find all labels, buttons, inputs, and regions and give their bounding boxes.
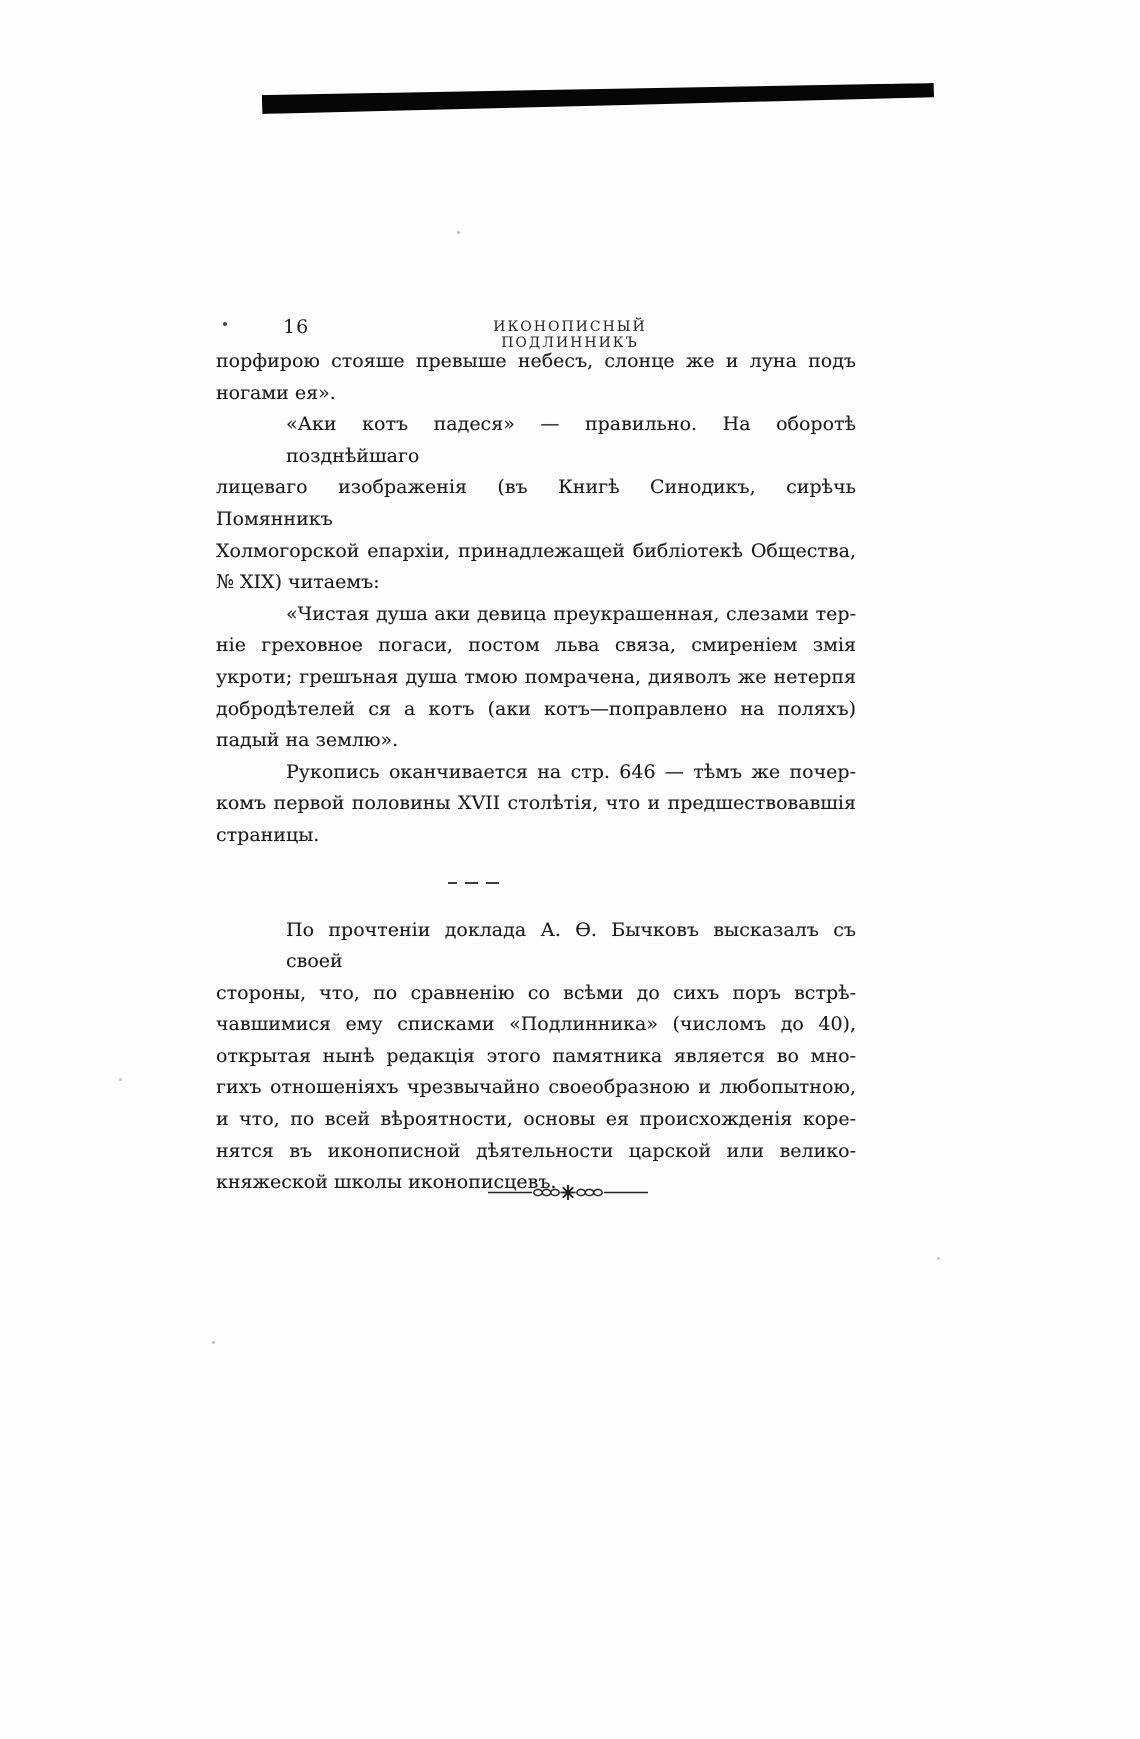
text-line: «Чистая душа аки девица преукрашенная, с… xyxy=(216,599,856,631)
scan-speck xyxy=(223,322,227,326)
text-line: № XIX) читаемъ: xyxy=(216,567,856,599)
text-line: укроти; грешъная душа тмою помрачена, ди… xyxy=(216,662,856,694)
scan-artifact-bar xyxy=(262,83,934,114)
text-line: и что, по всей вѣроятности, основы ея пр… xyxy=(216,1104,856,1136)
scan-speck xyxy=(119,1078,122,1081)
body-text: порфирою стояше превыше небесъ, слонце ж… xyxy=(216,346,856,1199)
text-line: падый на землю». xyxy=(216,725,856,757)
book-page: 16 ИКОНОПИСНЫЙ ПОДЛИННИКЪ порфирою стояш… xyxy=(0,0,1140,1739)
page-number: 16 xyxy=(283,316,309,338)
scan-speck xyxy=(457,231,460,234)
text-line: По прочтеніи доклада А. Ѳ. Бычковъ выска… xyxy=(216,915,856,978)
scan-speck xyxy=(937,1257,940,1260)
text-line: Рукопись оканчивается на стр. 646 — тѣмъ… xyxy=(216,757,856,789)
text-line: «Аки котъ падеся» — правильно. На оборот… xyxy=(216,409,856,472)
text-line: стороны, что, по сравненію со всѣми до с… xyxy=(216,978,856,1010)
text-line: порфирою стояше превыше небесъ, слонце ж… xyxy=(216,346,856,378)
text-line: гихъ отношеніяхъ чрезвычайно своеобразно… xyxy=(216,1072,856,1104)
text-line: добродѣтелей ся а котъ (аки котъ—поправл… xyxy=(216,694,856,726)
section-break-dash xyxy=(216,852,856,915)
scan-speck xyxy=(212,1341,215,1344)
text-line: нятся въ иконописной дѣятельности царско… xyxy=(216,1136,856,1168)
running-header: 16 ИКОНОПИСНЫЙ ПОДЛИННИКЪ xyxy=(0,316,1140,342)
text-line: ніе греховное погаси, постом льва связа,… xyxy=(216,630,856,662)
text-line: комъ первой половины XVII столѣтія, что … xyxy=(216,788,856,820)
text-line: лицеваго изображенія (въ Книгѣ Синодикъ,… xyxy=(216,472,856,535)
chain-divider-ornament xyxy=(488,1183,648,1201)
text-line: страницы. xyxy=(216,820,856,852)
text-line: Холмогорской епархіи, принадлежащей библ… xyxy=(216,536,856,568)
text-line: ногами ея». xyxy=(216,378,856,410)
text-line: чавшимися ему списками «Подлинника» (чис… xyxy=(216,1009,856,1041)
text-line: открытая нынѣ редакція этого памятника я… xyxy=(216,1041,856,1073)
